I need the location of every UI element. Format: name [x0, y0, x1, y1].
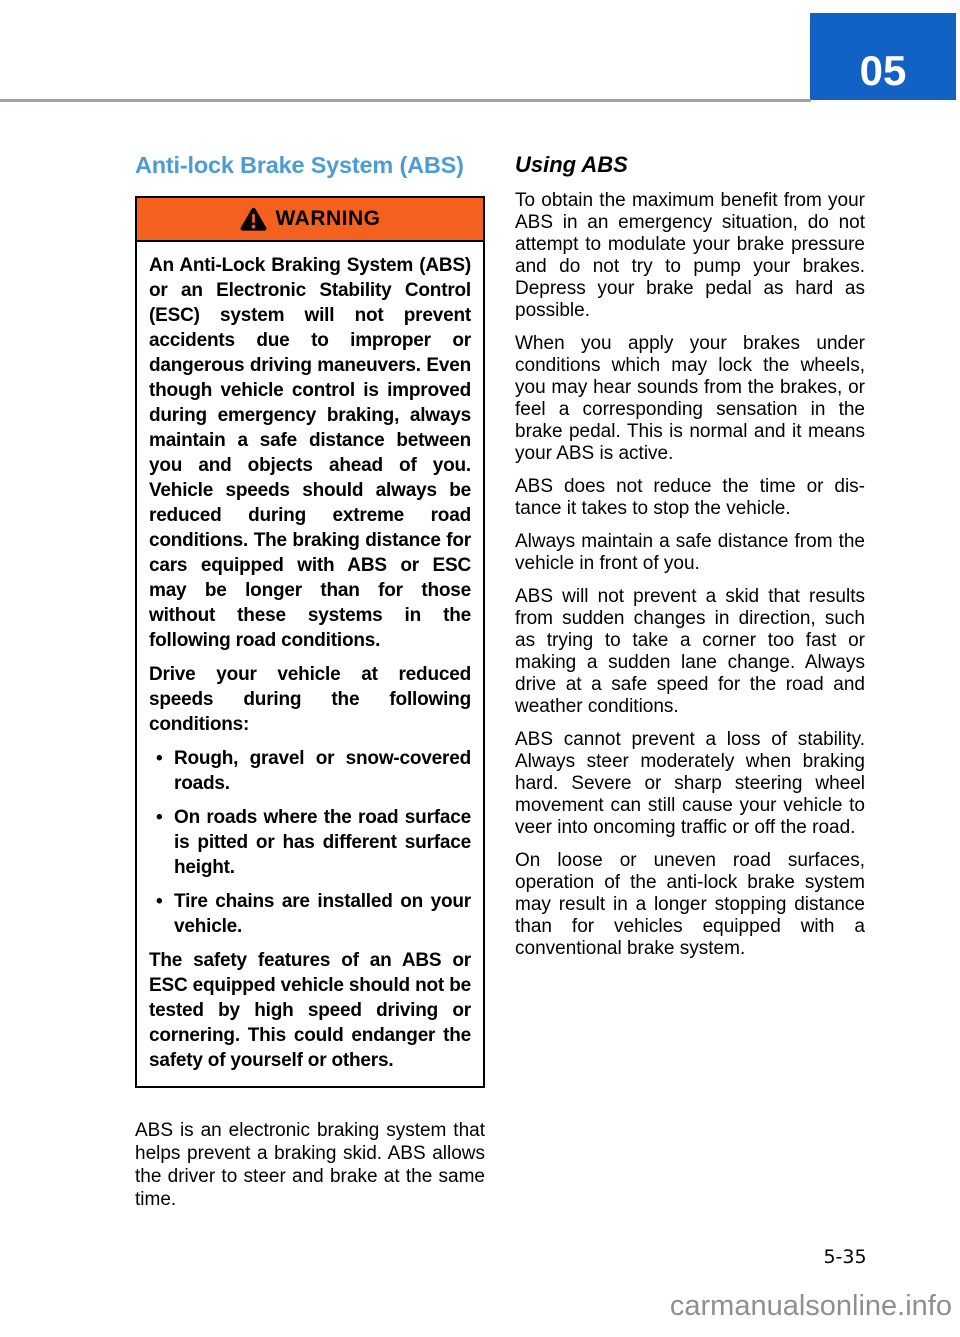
watermark: carmanualsonline.info — [670, 1290, 952, 1323]
section-title: Anti-lock Brake System (ABS) — [135, 152, 485, 179]
body-paragraph: Always maintain a safe distance from the… — [515, 531, 865, 575]
body-paragraph: ABS does not reduce the time or dis­tanc… — [515, 476, 865, 520]
using-abs-title: Using ABS — [515, 152, 865, 178]
page-number: 5-35 — [785, 1246, 905, 1268]
warning-paragraph-3: The safety features of an ABS or ESC equ… — [149, 948, 471, 1073]
abs-description-paragraph: ABS is an electronic braking system that… — [135, 1119, 485, 1211]
warning-triangle-icon — [240, 207, 267, 231]
warning-body: An Anti-Lock Braking System (ABS) or an … — [137, 242, 483, 1086]
right-column: Using ABS To obtain the maximum benefit … — [515, 152, 865, 971]
warning-bullet-item: Tire chains are installed on your vehicl… — [149, 889, 471, 939]
warning-header: WARNING — [137, 198, 483, 242]
warning-label: WARNING — [276, 207, 381, 231]
body-paragraph: ABS will not prevent a skid that results… — [515, 586, 865, 718]
left-column: Anti-lock Brake System (ABS) WARNING An … — [135, 152, 485, 1211]
warning-bullet-list: Rough, gravel or snow-cov­ered roads. On… — [149, 746, 471, 939]
header-rule — [0, 99, 811, 102]
warning-paragraph-2: Drive your vehicle at reduced speeds dur… — [149, 662, 471, 737]
body-paragraph: To obtain the maximum benefit from your … — [515, 190, 865, 322]
body-paragraph: ABS cannot prevent a loss of stabili­ty.… — [515, 729, 865, 839]
chapter-badge: 05 — [810, 13, 956, 100]
warning-paragraph-1: An Anti-Lock Braking System (ABS) or an … — [149, 253, 471, 653]
body-paragraph: On loose or uneven road surfaces, operat… — [515, 850, 865, 960]
manual-page: 05 Anti-lock Brake System (ABS) WARNING … — [0, 0, 960, 1337]
warning-bullet-item: On roads where the road sur­face is pitt… — [149, 805, 471, 880]
body-paragraph: When you apply your brakes under conditi… — [515, 333, 865, 465]
warning-bullet-item: Rough, gravel or snow-cov­ered roads. — [149, 746, 471, 796]
warning-box: WARNING An Anti-Lock Braking System (ABS… — [135, 196, 485, 1088]
